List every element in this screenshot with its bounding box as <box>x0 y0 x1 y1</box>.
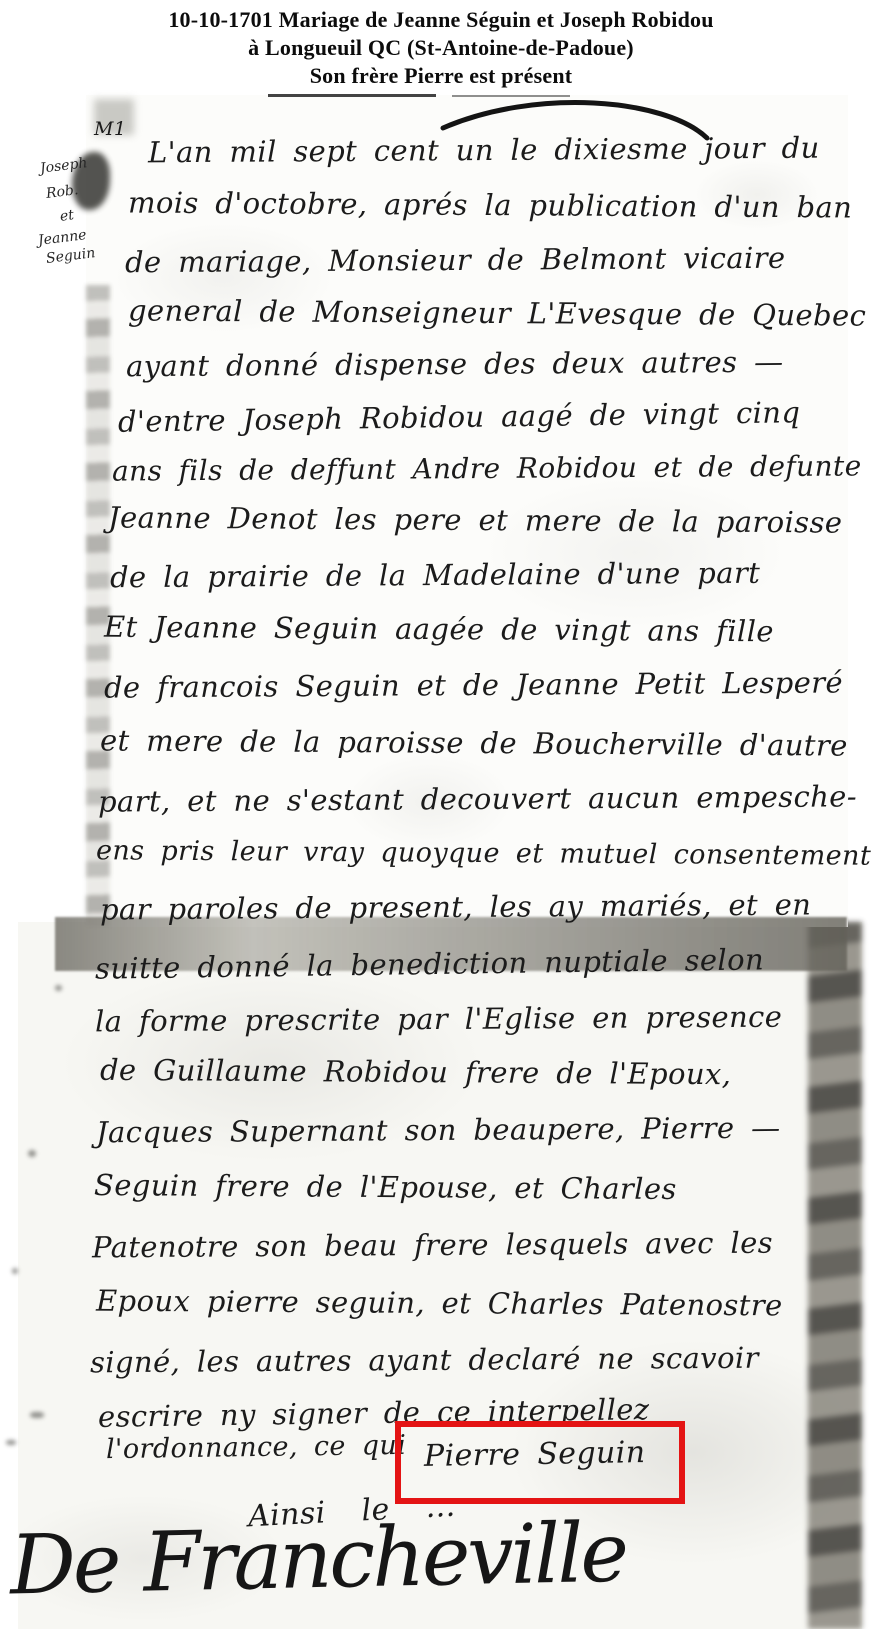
scan-left-edge-shadow <box>86 285 110 927</box>
manuscript-line: l'ordonnance, ce qui <box>106 1430 407 1465</box>
margin-note-line: Jeanne <box>37 227 87 249</box>
margin-mark: M1 <box>94 118 126 140</box>
caption-line-2: à Longueuil QC (St-Antoine-de-Padoue) <box>0 34 882 62</box>
manuscript-line: general de Monseigneur L'Evesque de Queb… <box>128 293 866 332</box>
ink-speck <box>28 1150 36 1157</box>
manuscript-line: signé, les autres ayant declaré ne scavo… <box>90 1341 759 1380</box>
manuscript-line: Jeanne Denot les pere et mere de la paro… <box>108 500 843 539</box>
manuscript-line: de mariage, Monsieur de Belmont vicaire <box>125 241 786 280</box>
caption-line-1: 10-10-1701 Mariage de Jeanne Séguin et J… <box>0 6 882 34</box>
ink-speck <box>6 1440 16 1445</box>
manuscript-line: de Guillaume Robidou frere de l'Epoux, <box>100 1053 732 1091</box>
manuscript-line: Et Jeanne Seguin aagée de vingt ans fill… <box>104 610 774 649</box>
manuscript-line: L'an mil sept cent un le dixiesme jour d… <box>148 131 820 170</box>
manuscript-line: mois d'octobre, aprés la publication d'u… <box>128 185 853 224</box>
manuscript-line: ayant donné dispense des deux autres — <box>126 345 784 384</box>
manuscript-line: ens pris leur vray quoyque et mutuel con… <box>96 835 871 871</box>
manuscript-line: Epoux pierre seguin, et Charles Patenost… <box>96 1284 783 1323</box>
ink-speck <box>30 1412 44 1418</box>
binding-shadow-edge <box>808 922 862 1629</box>
officiant-signature-de-francheville: De Francheville <box>9 1506 627 1614</box>
ink-speck <box>55 985 62 991</box>
scan-top-edge-line <box>268 94 436 97</box>
manuscript-line: Seguin frere de l'Epouse, et Charles <box>94 1168 677 1206</box>
manuscript-line: Jacques Supernant son beaupere, Pierre — <box>96 1111 781 1150</box>
margin-note-line: et <box>59 207 75 225</box>
caption-line-3: Son frère Pierre est présent <box>0 62 882 90</box>
manuscript-line: part, et ne s'estant decouvert aucun emp… <box>98 779 857 818</box>
manuscript-line: ans fils de deffunt Andre Robidou et de … <box>112 449 862 487</box>
manuscript-line: de francois Seguin et de Jeanne Petit Le… <box>104 665 843 704</box>
manuscript-line: par paroles de present, les ay mariés, e… <box>100 888 812 927</box>
document-page: 10-10-1701 Mariage de Jeanne Séguin et J… <box>0 0 882 1629</box>
ink-speck <box>12 1268 18 1274</box>
manuscript-line: de la prairie de la Madelaine d'une part <box>110 556 760 595</box>
caption-header: 10-10-1701 Mariage de Jeanne Séguin et J… <box>0 6 882 90</box>
manuscript-line: et mere de la paroisse de Boucherville d… <box>100 723 848 762</box>
manuscript-line: la forme prescrite par l'Eglise en prese… <box>95 1000 783 1039</box>
manuscript-line: Patenotre son beau frere lesquels avec l… <box>92 1226 773 1265</box>
